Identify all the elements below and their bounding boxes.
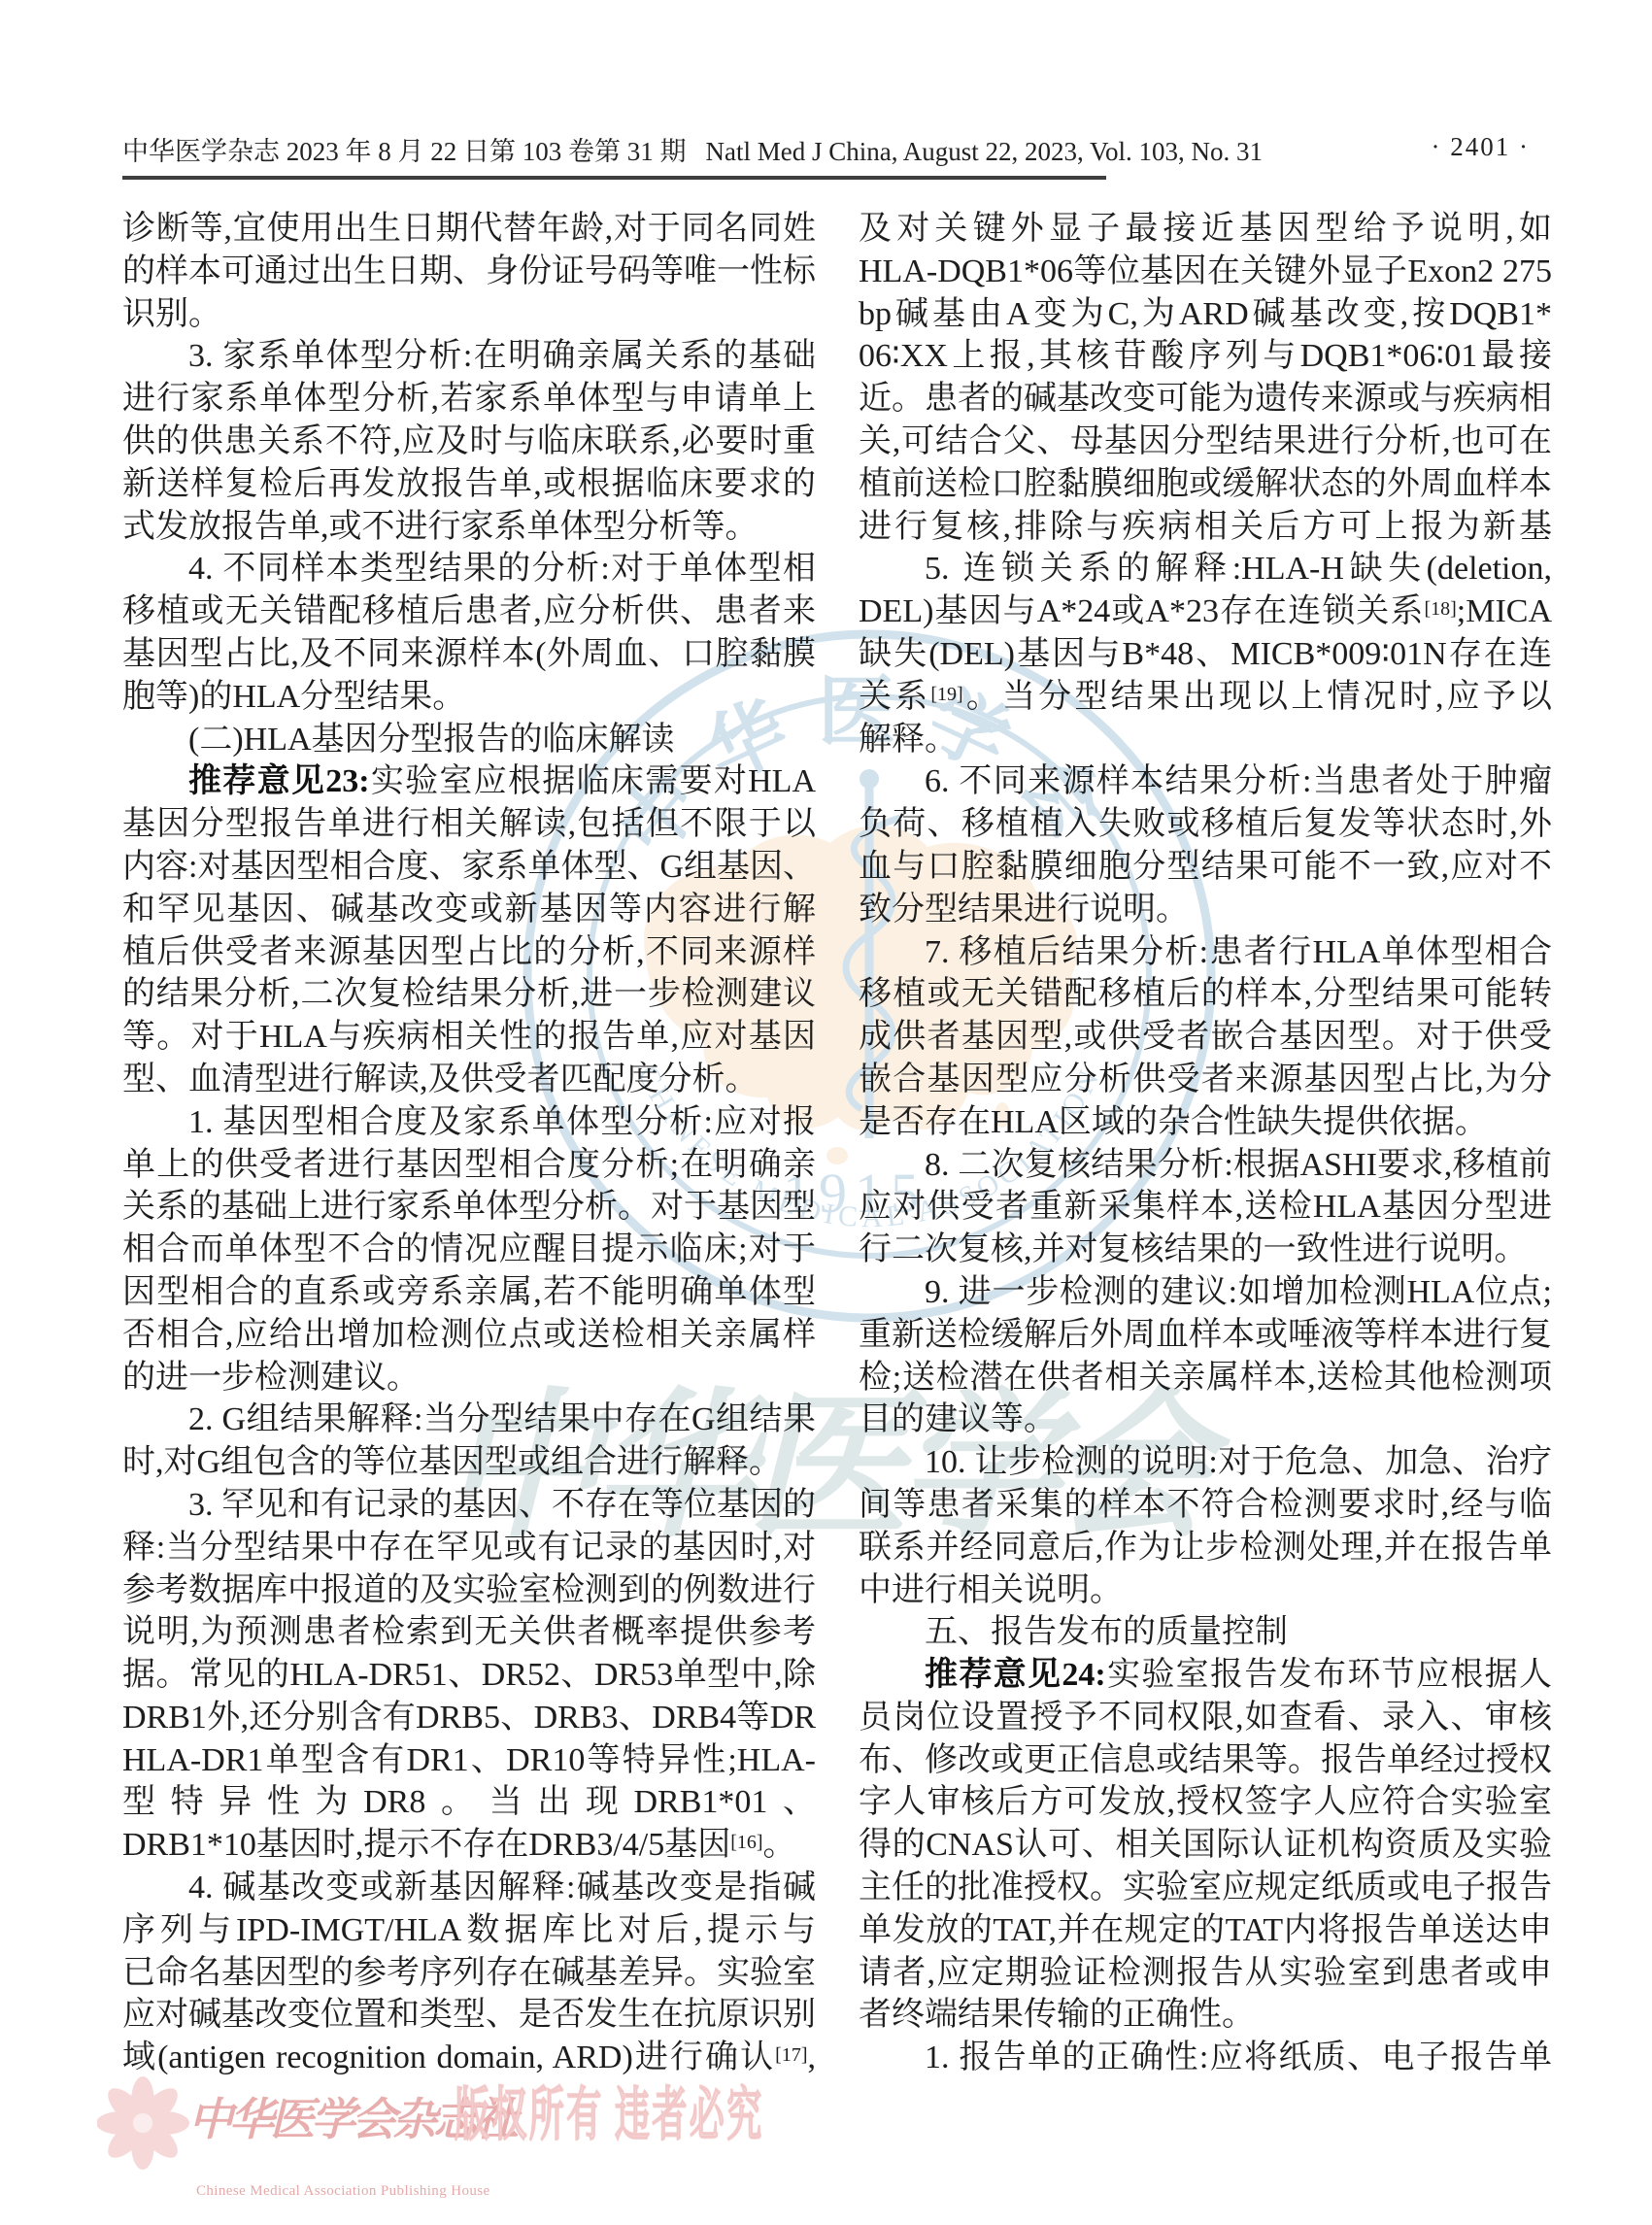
text-line: 五、报告发布的质量控制 [859,1611,1552,1654]
copyright-watermark: 版权所有 违者必究 [455,2069,764,2152]
text-line: 诊断等,宜使用出生日期代替年龄,对于同名同姓 [122,208,816,251]
text-line: 成供者基因型,或供受者嵌合基因型。对于供受者 [859,1016,1552,1059]
text-line: 9. 进一步检测的建议:如增加检测HLA位点; [859,1271,1552,1314]
text-line: 的进一步检测建议。 [122,1357,816,1399]
text-line: 识别。 [122,293,816,336]
text-line: DEL)基因与A*24或A*23存在连锁关系[18];MICA [859,590,1552,633]
text-line: 供的供患关系不符,应及时与临床联系,必要时重 [122,421,816,463]
text-line: 进行复核,排除与疾病相关后方可上报为新基因。 [859,506,1552,549]
text-line: 移植或无关错配移植后的样本,分型结果可能转变 [859,973,1552,1016]
text-line: DRB1*10基因时,提示不存在DRB3/4/5基因[16]。 [122,1824,816,1867]
text-line: 联系并经同意后,作为让步检测处理,并在报告单 [859,1527,1552,1569]
text-line: 中进行相关说明。 [859,1569,1552,1612]
text-line: 3. 罕见和有记录的基因、不存在等位基因的解 [122,1484,816,1527]
text-line: 行二次复核,并对复核结果的一致性进行说明。 [859,1229,1552,1271]
text-line: 应对供受者重新采集样本,送检HLA基因分型进 [859,1186,1552,1229]
text-line: 已命名基因型的参考序列存在碱基差异。实验室 [122,1952,816,1995]
text-line: 据。常见的HLA-DR51、DR52、DR53单型中,除 [122,1654,816,1697]
text-line: 释:当分型结果中存在罕见或有记录的基因时,对 [122,1527,816,1569]
text-line: 者终端结果传输的正确性。 [859,1994,1552,2037]
text-line: 近。患者的碱基改变可能为遗传来源或与疾病相 [859,378,1552,421]
text-line: 否相合,应给出增加检测位点或送检相关亲属样本 [122,1314,816,1357]
text-line: 间等患者采集的样本不符合检测要求时,经与临床 [859,1484,1552,1527]
text-line: 式发放报告单,或不进行家系单体型分析等。 [122,506,816,549]
text-line: 及对关键外显子最接近基因型给予说明,如 [859,208,1552,251]
text-line: 负荷、移植植入失败或移植后复发等状态时,外周 [859,803,1552,846]
text-line: (二)HLA基因分型报告的临床解读 [122,719,816,761]
text-line: 目的建议等。 [859,1399,1552,1441]
text-line: 10. 让步检测的说明:对于危急、加急、治疗期 [859,1441,1552,1484]
text-line: 移植或无关错配移植后患者,应分析供、患者来源 [122,590,816,633]
text-line: 布、修改或更正信息或结果等。报告单经过授权签 [859,1739,1552,1782]
text-line: 1. 基因型相合度及家系单体型分析:应对报告 [122,1101,816,1144]
text-line: 主任的批准授权。实验室应规定纸质或电子报告 [859,1867,1552,1909]
text-line: 胞等)的HLA分型结果。 [122,676,816,719]
publisher-name-en: Chinese Medical Association Publishing H… [196,2183,490,2200]
text-line: 检;送检潜在供者相关亲属样本,送检其他检测项 [859,1357,1552,1399]
text-line: 单发放的TAT,并在规定的TAT内将报告单送达申 [859,1909,1552,1952]
text-line: 4. 碱基改变或新基因解释:碱基改变是指碱基 [122,1867,816,1909]
text-line: 内容:对基因型相合度、家系单体型、G组基因、CWD [122,846,816,889]
text-line: 8. 二次复核结果分析:根据ASHI要求,移植前 [859,1144,1552,1187]
text-column-left: 诊断等,宜使用出生日期代替年龄,对于同名同姓的样本可通过出生日期、身份证号码等唯… [122,208,816,2079]
text-line: 序列与IPD-IMGT/HLA数据库比对后,提示与WHO [122,1909,816,1952]
text-line: 是否存在HLA区域的杂合性缺失提供依据。 [859,1101,1552,1144]
text-line: 应对碱基改变位置和类型、是否发生在抗原识别区 [122,1994,816,2037]
text-line: 7. 移植后结果分析:患者行HLA单体型相合 [859,931,1552,974]
text-line: 的样本可通过出生日期、身份证号码等唯一性标识 [122,251,816,293]
publisher-flower-icon [97,2074,189,2176]
journal-page: 中华医学会 1915 CHINESE MEDICAL ASSOCIATION 中… [0,0,1652,2225]
text-line: 基因型占比,及不同来源样本(外周血、口腔黏膜细 [122,633,816,676]
text-line: 和罕见基因、碱基改变或新基因等内容进行解释,移 [122,889,816,931]
text-line: 重新送检缓解后外周血样本或唾液等样本进行复 [859,1314,1552,1357]
text-line: HLA-DQB1*06等位基因在关键外显子Exon2 275 [859,251,1552,293]
text-line: 植后供受者来源基因型占比的分析,不同来源样本 [122,931,816,974]
text-line: 型、血清型进行解读,及供受者匹配度分析。 [122,1059,816,1101]
text-line: 得的CNAS认可、相关国际认证机构资质及实验室 [859,1824,1552,1867]
text-line: 的结果分析,二次复检结果分析,进一步检测建议 [122,973,816,1016]
text-line: 缺失(DEL)基因与B*48、MICB*009∶01N存在连锁 [859,633,1552,676]
text-line: 进行家系单体型分析,若家系单体型与申请单上提 [122,378,816,421]
text-line: 关系[19]。当分型结果出现以上情况时,应予以 [859,676,1552,719]
text-line: 关系的基础上进行家系单体型分析。对于基因型 [122,1186,816,1229]
text-line: 5. 连锁关系的解释:HLA-H缺失(deletion, [859,548,1552,590]
text-line: 致分型结果进行说明。 [859,889,1552,931]
text-line: 血与口腔黏膜细胞分型结果可能不一致,应对不一 [859,846,1552,889]
text-line: 时,对G组包含的等位基因型或组合进行解释。 [122,1441,816,1484]
text-line: 单上的供受者进行基因型相合度分析;在明确亲属 [122,1144,816,1187]
text-line: 字人审核后方可发放,授权签字人应符合实验室获 [859,1781,1552,1824]
text-line: 因型相合的直系或旁系亲属,若不能明确单体型是 [122,1271,816,1314]
text-line: 3. 家系单体型分析:在明确亲属关系的基础上 [122,335,816,378]
text-line: bp碱基由A变为C,为ARD碱基改变,按DQB1* [859,293,1552,336]
text-line: 推荐意见23:实验室应根据临床需要对HLA [122,760,816,803]
text-line: 说明,为预测患者检索到无关供者概率提供参考依 [122,1611,816,1654]
text-line: 等。对于HLA与疾病相关性的报告单,应对基因 [122,1016,816,1059]
text-line: 植前送检口腔黏膜细胞或缓解状态的外周血样本 [859,463,1552,506]
text-line: 6. 不同来源样本结果分析:当患者处于肿瘤高 [859,760,1552,803]
text-line: 关,可结合父、母基因分型结果进行分析,也可在移 [859,421,1552,463]
text-line: 相合而单体型不合的情况应醒目提示临床;对于基 [122,1229,816,1271]
text-line: 解释。 [859,719,1552,761]
text-line: 参考数据库中报道的及实验室检测到的例数进行 [122,1569,816,1612]
text-line: 新送样复检后再发放报告单,或根据临床要求的方 [122,463,816,506]
text-column-right: 及对关键外显子最接近基因型给予说明,如HLA-DQB1*06等位基因在关键外显子… [859,208,1552,2079]
text-line: 1. 报告单的正确性:应将纸质、电子报告单发 [859,2037,1552,2079]
text-line: 2. G组结果解释:当分型结果中存在G组结果 [122,1399,816,1441]
text-line: 基因分型报告单进行相关解读,包括但不限于以下 [122,803,816,846]
text-line: 4. 不同样本类型结果的分析:对于单体型相合 [122,548,816,590]
text-line: 嵌合基因型应分析供受者来源基因型占比,为分析 [859,1059,1552,1101]
text-line: 域(antigen recognition domain, ARD)进行确认[1… [122,2037,816,2079]
text-line: HLA-DR1单型含有DR1、DR10等特异性;HLA-DR8单 [122,1739,816,1782]
text-line: 型特异性为DR8。当出现DRB1*01、DRB1*08、 [122,1781,816,1824]
text-line: 06∶XX上报,其核苷酸序列与DQB1*06∶01最接 [859,335,1552,378]
text-line: 员岗位设置授予不同权限,如查看、录入、审核发 [859,1697,1552,1739]
text-line: 请者,应定期验证检测报告从实验室到患者或申请 [859,1952,1552,1995]
text-line: DRB1外,还分别含有DRB5、DRB3、DRB4等DR座位; [122,1697,816,1739]
text-line: 推荐意见24:实验室报告发布环节应根据人 [859,1654,1552,1697]
